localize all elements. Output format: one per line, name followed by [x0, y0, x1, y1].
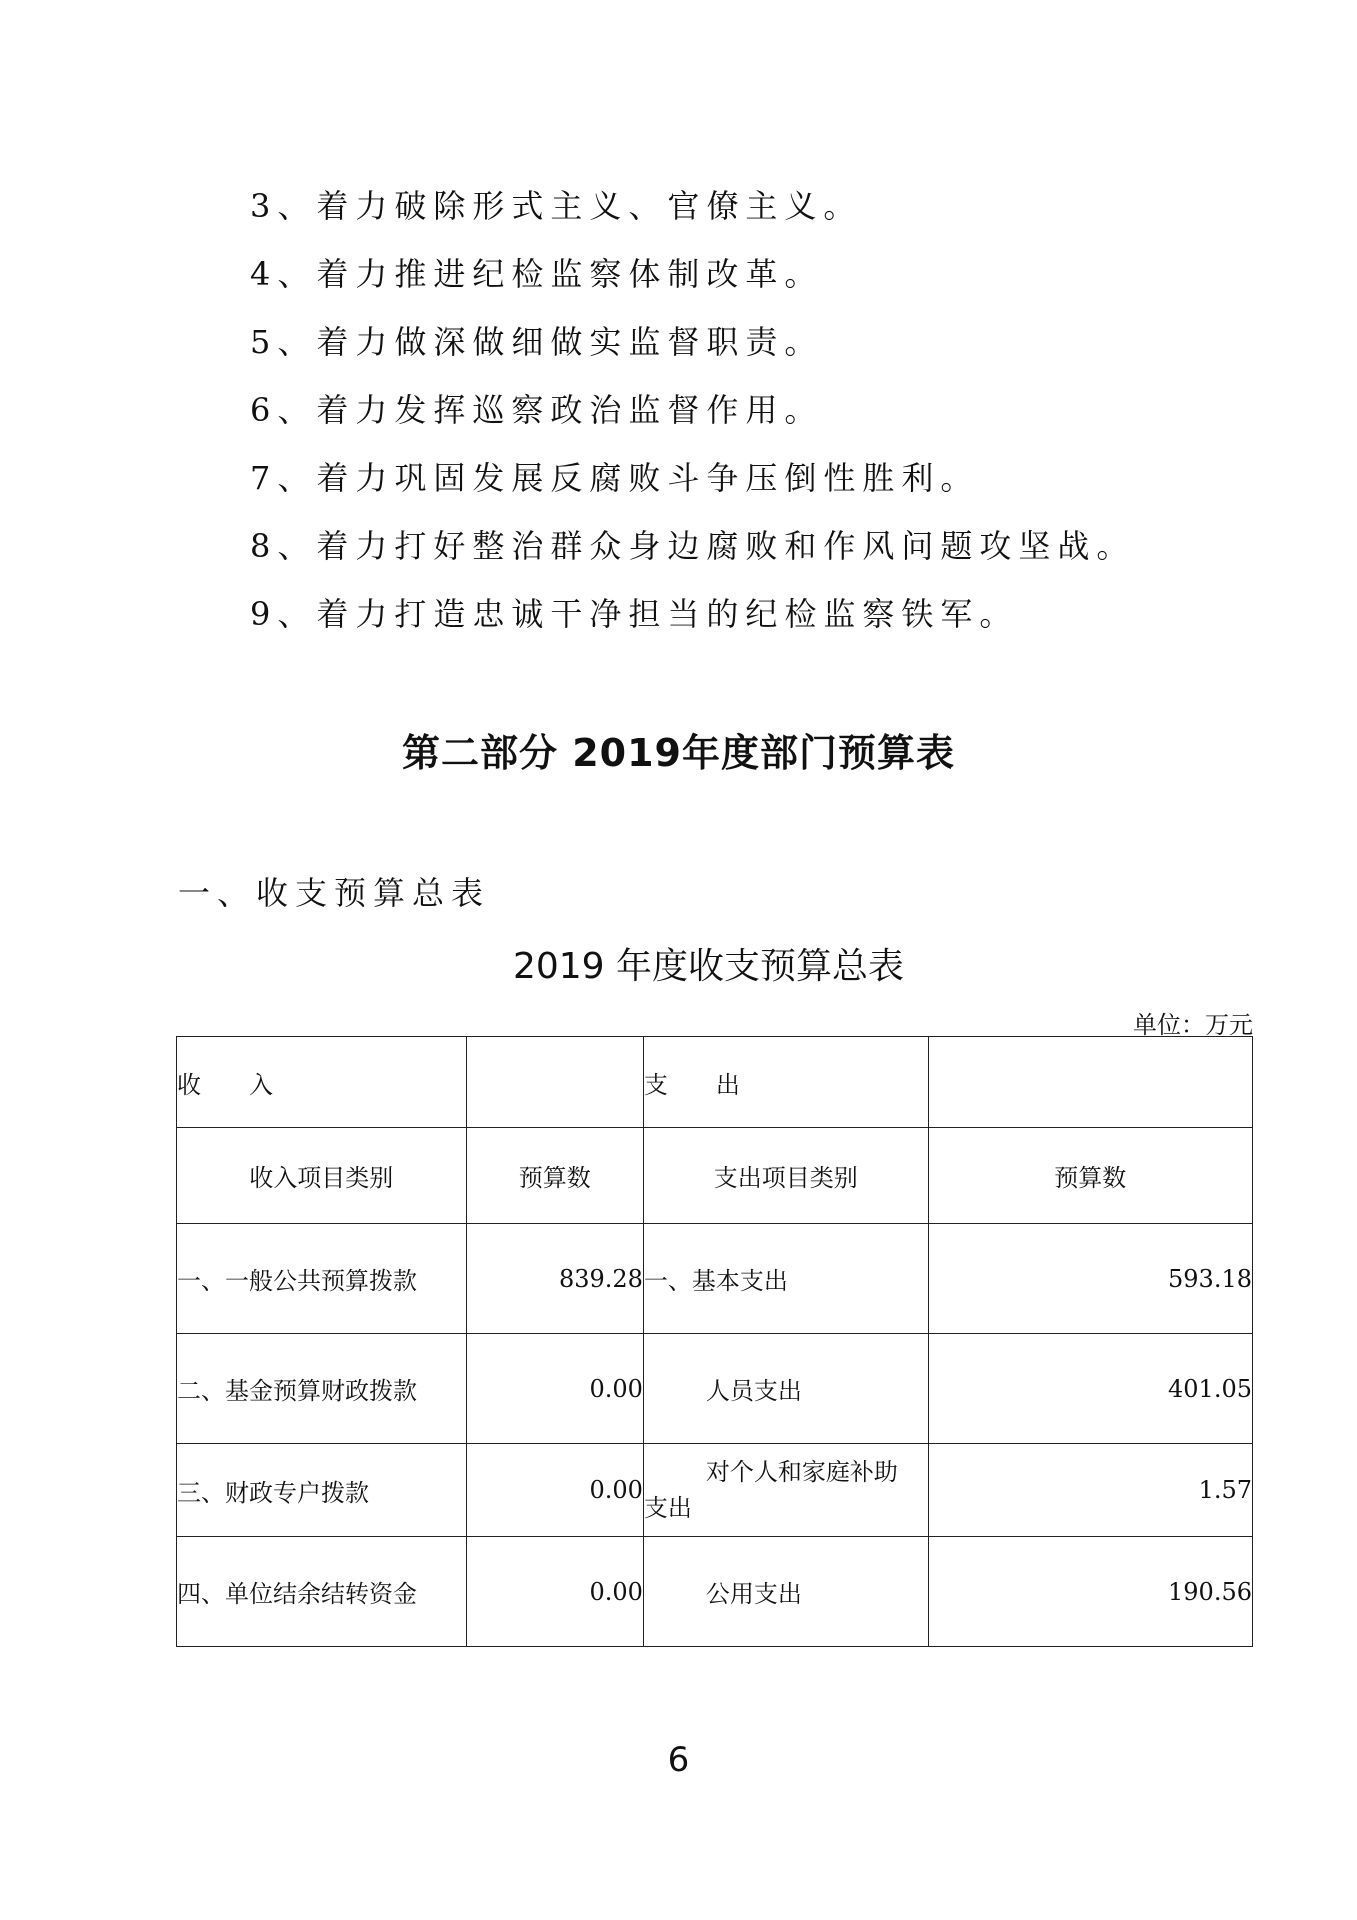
list-item: 5、着力做深做细做实监督职责。 [250, 316, 1135, 384]
column-header: 预算数 [928, 1128, 1252, 1224]
expense-amount: 190.56 [928, 1537, 1252, 1647]
work-priorities-list: 3、着力破除形式主义、官僚主义。 4、着力推进纪检监察体制改革。 5、着力做深做… [250, 180, 1135, 656]
expense-amount: 401.05 [928, 1334, 1252, 1444]
income-item: 一、一般公共预算拨款 [177, 1224, 467, 1334]
column-header-row: 收入项目类别 预算数 支出项目类别 预算数 [177, 1128, 1253, 1224]
income-item: 三、财政专户拨款 [177, 1444, 467, 1537]
table-row: 二、基金预算财政拨款 0.00 人员支出 401.05 [177, 1334, 1253, 1444]
income-amount: 0.00 [466, 1334, 643, 1444]
group-header-row: 收 入 支 出 [177, 1037, 1253, 1128]
expense-amount: 1.57 [928, 1444, 1252, 1537]
list-item: 9、着力打造忠诚干净担当的纪检监察铁军。 [250, 588, 1135, 656]
list-item: 8、着力打好整治群众身边腐败和作风问题攻坚战。 [250, 520, 1135, 588]
expense-amount: 593.18 [928, 1224, 1252, 1334]
income-group-header: 收 入 [177, 1037, 467, 1128]
expense-item: 人员支出 [643, 1334, 928, 1444]
column-header: 支出项目类别 [643, 1128, 928, 1224]
income-amount: 0.00 [466, 1537, 643, 1647]
empty-cell [466, 1037, 643, 1128]
income-amount: 839.28 [466, 1224, 643, 1334]
list-item: 7、着力巩固发展反腐败斗争压倒性胜利。 [250, 452, 1135, 520]
expense-item: 一、基本支出 [643, 1224, 928, 1334]
column-header: 预算数 [466, 1128, 643, 1224]
part-title: 第二部分 2019年度部门预算表 [0, 722, 1357, 777]
income-item: 二、基金预算财政拨款 [177, 1334, 467, 1444]
table-title: 2019 年度收支预算总表 [0, 938, 1357, 989]
page-number: 6 [0, 1740, 1357, 1780]
expense-item-line2: 支出 [644, 1490, 928, 1526]
budget-summary-table: 收 入 支 出 收入项目类别 预算数 支出项目类别 预算数 一、一般公共预算拨款… [176, 1036, 1253, 1647]
income-amount: 0.00 [466, 1444, 643, 1537]
table-row: 一、一般公共预算拨款 839.28 一、基本支出 593.18 [177, 1224, 1253, 1334]
empty-cell [928, 1037, 1252, 1128]
unit-label: 单位：万元 [1133, 1005, 1253, 1040]
list-item: 4、着力推进纪检监察体制改革。 [250, 248, 1135, 316]
expense-item-line1: 对个人和家庭补助 [644, 1454, 928, 1490]
income-item: 四、单位结余结转资金 [177, 1537, 467, 1647]
expense-group-header: 支 出 [643, 1037, 928, 1128]
expense-item: 公用支出 [643, 1537, 928, 1647]
list-item: 3、着力破除形式主义、官僚主义。 [250, 180, 1135, 248]
expense-item: 对个人和家庭补助 支出 [643, 1444, 928, 1537]
table-row: 三、财政专户拨款 0.00 对个人和家庭补助 支出 1.57 [177, 1444, 1253, 1537]
table-row: 四、单位结余结转资金 0.00 公用支出 190.56 [177, 1537, 1253, 1647]
column-header: 收入项目类别 [177, 1128, 467, 1224]
list-item: 6、着力发挥巡察政治监督作用。 [250, 384, 1135, 452]
section-heading: 一、收支预算总表 [178, 868, 490, 914]
